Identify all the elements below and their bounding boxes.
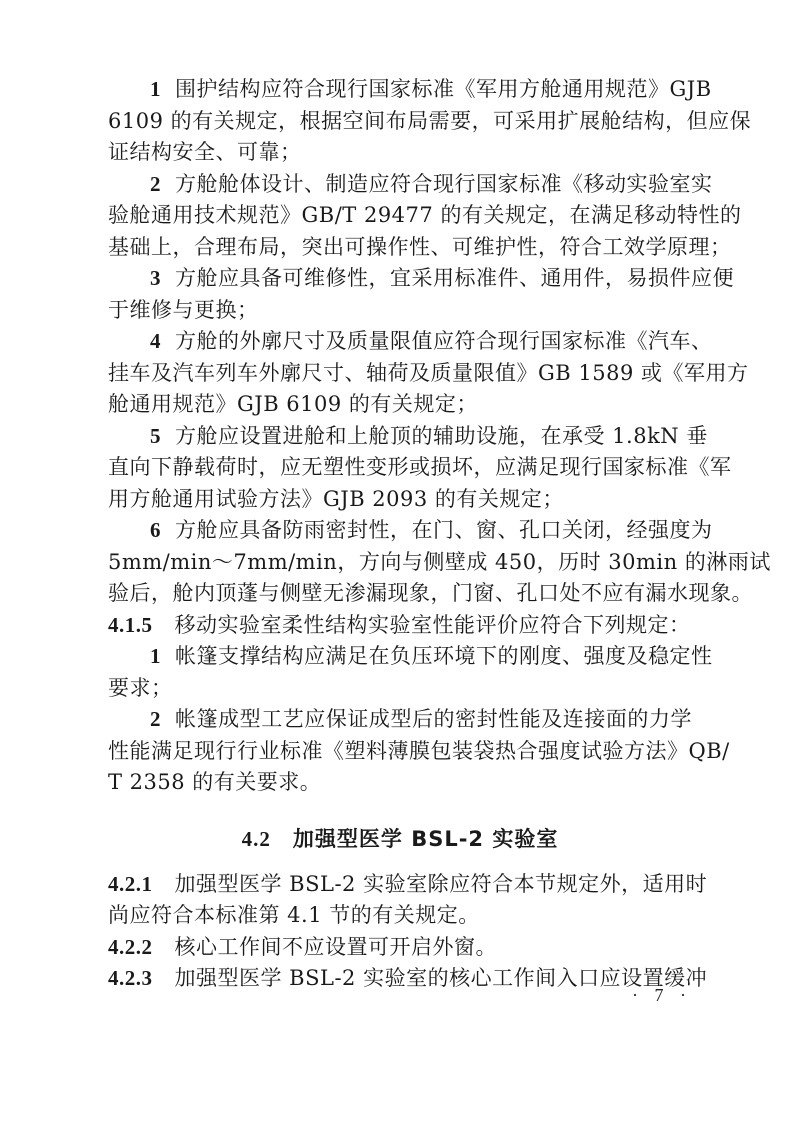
item-3-line-2: 于维修与更换；: [108, 295, 692, 327]
clause-4-2-2: 4.2.2核心工作间不应设置可开启外窗。: [108, 932, 692, 964]
clause-4-1-5-item-1-line-2: 要求；: [108, 673, 692, 705]
item-1-line-1: 1围护结构应符合现行国家标准《军用方舱通用规范》GJB: [108, 74, 692, 106]
section-title: 加强型医学 BSL-2 实验室: [293, 827, 558, 851]
clause-number: 4.1.5: [108, 613, 153, 637]
item-6-line-2: 5mm/min～7mm/min，方向与侧壁成 450，历时 30min 的淋雨试: [108, 547, 692, 579]
item-2-line-1: 2方舱舱体设计、制造应符合现行国家标准《移动实验室实: [108, 169, 692, 201]
item-4-line-1: 4方舱的外廓尺寸及质量限值应符合现行国家标准《汽车、: [108, 326, 692, 358]
item-5-line-1: 5方舱应设置进舱和上舱顶的辅助设施，在承受 1.8kN 垂: [108, 421, 692, 453]
clause-number: 4.2.1: [108, 872, 153, 896]
clause-4-2-1-line-2: 尚应符合本标准第 4.1 节的有关规定。: [108, 900, 692, 932]
clause-4-1-5-item-2-line-1: 2帐篷成型工艺应保证成型后的密封性能及连接面的力学: [108, 704, 692, 736]
item-number: 1: [150, 644, 161, 668]
item-4-line-2: 挂车及汽车列车外廓尺寸、轴荷及质量限值》GB 1589 或《军用方: [108, 358, 692, 390]
document-page: 1围护结构应符合现行国家标准《军用方舱通用规范》GJB 6109 的有关规定，根…: [108, 74, 692, 995]
clause-number: 4.2.3: [108, 966, 153, 990]
item-1-line-3: 证结构安全、可靠；: [108, 137, 692, 169]
section-heading-4-2: 4.2加强型医学 BSL-2 实验室: [108, 809, 692, 869]
item-6-line-3: 验后，舱内顶蓬与侧壁无渗漏现象，门窗、孔口处不应有漏水现象。: [108, 578, 692, 610]
item-5-line-3: 用方舱通用试验方法》GJB 2093 的有关规定；: [108, 484, 692, 516]
item-6-line-1: 6方舱应具备防雨密封性，在门、窗、孔口关闭，经强度为: [108, 515, 692, 547]
item-number: 5: [150, 424, 161, 448]
item-1-line-2: 6109 的有关规定，根据空间布局需要，可采用扩展舱结构，但应保: [108, 106, 692, 138]
clause-4-1-5-item-2-line-3: T 2358 的有关要求。: [108, 767, 692, 799]
item-number: 1: [150, 77, 161, 101]
item-number: 4: [150, 329, 161, 353]
item-number: 2: [150, 707, 161, 731]
clause-4-1-5-item-1-line-1: 1帐篷支撑结构应满足在负压环境下的刚度、强度及稳定性: [108, 641, 692, 673]
clause-4-2-3: 4.2.3加强型医学 BSL-2 实验室的核心工作间入口应设置缓冲: [108, 963, 692, 995]
item-2-line-3: 基础上，合理布局，突出可操作性、可维护性，符合工效学原理；: [108, 232, 692, 264]
item-number: 6: [150, 518, 161, 542]
section-number: 4.2: [242, 827, 271, 851]
item-5-line-2: 直向下静载荷时，应无塑性变形或损坏，应满足现行国家标准《军: [108, 452, 692, 484]
item-3-line-1: 3方舱应具备可维修性，宜采用标准件、通用件，易损件应便: [108, 263, 692, 295]
item-number: 2: [150, 172, 161, 196]
page-number: · 7 ·: [632, 985, 692, 1006]
clause-4-1-5: 4.1.5移动实验室柔性结构实验室性能评价应符合下列规定：: [108, 610, 692, 642]
item-2-line-2: 验舱通用技术规范》GB/T 29477 的有关规定，在满足移动特性的: [108, 200, 692, 232]
clause-4-2-1-line-1: 4.2.1加强型医学 BSL-2 实验室除应符合本节规定外，适用时: [108, 869, 692, 901]
clause-number: 4.2.2: [108, 935, 153, 959]
item-4-line-3: 舱通用规范》GJB 6109 的有关规定；: [108, 389, 692, 421]
item-number: 3: [150, 266, 161, 290]
clause-4-1-5-item-2-line-2: 性能满足现行行业标准《塑料薄膜包装袋热合强度试验方法》QB/: [108, 736, 692, 768]
